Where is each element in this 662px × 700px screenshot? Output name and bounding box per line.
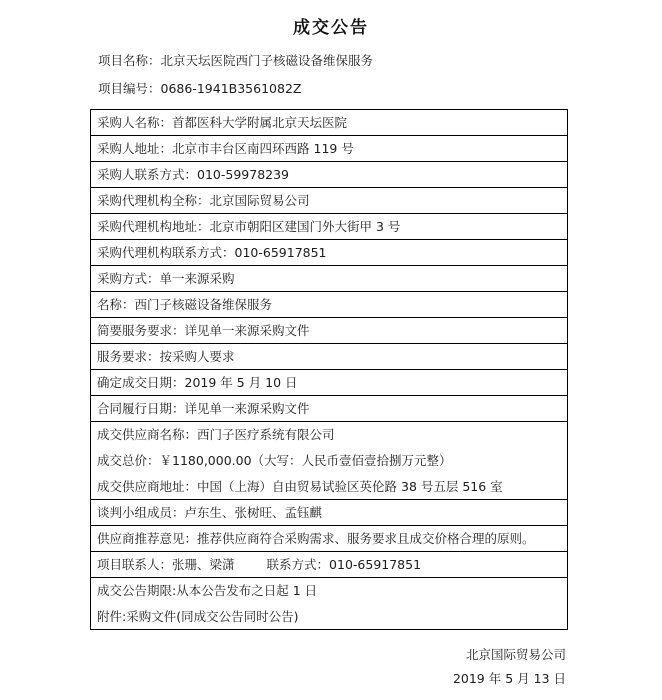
footer-org: 北京国际贸易公司 [0,643,566,667]
field-label: 成交公告期限: [97,583,176,598]
table-row-agency-contact: 采购代理机构联系方式：010-65917851 [91,240,568,266]
table-row-negotiation-team: 谈判小组成员：卢东生、张树旺、孟钰麒 [91,500,568,526]
footer-date: 2019 年 5 月 13 日 [0,667,566,691]
field-value: 单一来源采购 [160,271,235,286]
field-label: 名称： [97,297,135,312]
notice-period-line: 成交公告期限:从本公告发布之日起 1 日 [97,583,561,598]
project-number-label: 项目编号： [98,81,161,96]
field-value: 西门子医疗系统有限公司 [197,427,335,442]
field-value: 详见单一来源采购文件 [185,323,310,338]
field-label: 附件: [97,609,126,624]
field-label: 采购代理机构全称： [97,193,210,208]
field-label: 采购人名称： [97,115,172,130]
supplier-address-line: 成交供应商地址：中国（上海）自由贸易试验区英伦路 38 号五层 516 室 [97,479,561,494]
field-value: 按采购人要求 [160,349,235,364]
page-title: 成交公告 [0,13,662,38]
field-value: 010-65917851 [235,245,327,260]
table-row-contract-period: 合同履行日期：详见单一来源采购文件 [91,396,568,422]
field-label: 确定成交日期： [97,375,185,390]
table-row-procurement-method: 采购方式：单一来源采购 [91,266,568,292]
project-number-value: 0686-1941B3561082Z [161,81,302,96]
field-label: 采购代理机构联系方式： [97,245,235,260]
field-label: 采购代理机构地址： [97,219,210,234]
field-value: 推荐供应商符合采购需求、服务要求且成交价格合理的原则。 [197,531,535,546]
field-value: 中国（上海）自由贸易试验区英伦路 38 号五层 516 室 [197,479,503,494]
field-value: 010-59978239 [197,167,289,182]
field-value: 010-65917851 [329,557,421,572]
meta-section: 项目名称：北京天坛医院西门子核磁设备维保服务 项目编号：0686-1941B35… [98,53,662,96]
field-label: 采购方式： [97,271,160,286]
field-value: 采购文件(同成交公告同时公告) [126,609,298,624]
field-label: 联系方式： [267,557,330,572]
field-value: 从本公告发布之日起 1 日 [176,583,317,598]
table-row-item-name: 名称：西门子核磁设备维保服务 [91,292,568,318]
award-price-line: 成交总价：￥1180,000.00（大写：人民币壹佰壹拾捌万元整） [97,453,561,468]
announcement-page: 成交公告 项目名称：北京天坛医院西门子核磁设备维保服务 项目编号：0686-19… [0,0,662,700]
field-label: 采购人地址： [97,141,172,156]
table-row-notice-period-attachment: 成交公告期限:从本公告发布之日起 1 日 附件:采购文件(同成交公告同时公告) [91,578,568,630]
field-value: 2019 年 5 月 10 日 [185,375,298,390]
table-row-service-requirement: 服务要求：按采购人要求 [91,344,568,370]
field-label: 合同履行日期： [97,401,185,416]
field-label: 谈判小组成员： [97,505,185,520]
table-row-project-contact: 项目联系人：张珊、梁潇联系方式：010-65917851 [91,552,568,578]
field-value: 北京国际贸易公司 [210,193,310,208]
notice-table: 采购人名称：首都医科大学附属北京天坛医院 采购人地址：北京市丰台区南四环西路 1… [90,109,568,630]
table-row-buyer-contact: 采购人联系方式：010-59978239 [91,162,568,188]
table-row-award-date: 确定成交日期：2019 年 5 月 10 日 [91,370,568,396]
table-row-recommendation: 供应商推荐意见：推荐供应商符合采购需求、服务要求且成交价格合理的原则。 [91,526,568,552]
field-label: 供应商推荐意见： [97,531,197,546]
supplier-name-line: 成交供应商名称：西门子医疗系统有限公司 [97,427,561,442]
field-label: 成交总价： [97,453,160,468]
table-row-buyer-name: 采购人名称：首都医科大学附属北京天坛医院 [91,110,568,136]
table-row-buyer-address: 采购人地址：北京市丰台区南四环西路 119 号 [91,136,568,162]
project-number-line: 项目编号：0686-1941B3561082Z [98,81,662,96]
field-value: 北京市朝阳区建国门外大街甲 3 号 [210,219,401,234]
field-label: 项目联系人： [97,557,172,572]
field-value: 北京市丰台区南四环西路 119 号 [172,141,354,156]
field-value: 首都医科大学附属北京天坛医院 [172,115,347,130]
field-value: 详见单一来源采购文件 [185,401,310,416]
table-row-agency-address: 采购代理机构地址：北京市朝阳区建国门外大街甲 3 号 [91,214,568,240]
field-value: 张珊、梁潇 [172,557,235,572]
field-value: 西门子核磁设备维保服务 [135,297,273,312]
field-label: 服务要求： [97,349,160,364]
field-label: 采购人联系方式： [97,167,197,182]
table-row-agency-name: 采购代理机构全称：北京国际贸易公司 [91,188,568,214]
field-label: 成交供应商地址： [97,479,197,494]
project-name-value: 北京天坛医院西门子核磁设备维保服务 [161,53,374,68]
table-row-supplier-info: 成交供应商名称：西门子医疗系统有限公司 成交总价：￥1180,000.00（大写… [91,422,568,500]
field-value: ￥1180,000.00（大写：人民币壹佰壹拾捌万元整） [160,453,452,468]
field-label: 成交供应商名称： [97,427,197,442]
footer-signature: 北京国际贸易公司 2019 年 5 月 13 日 [0,643,568,691]
attachment-line: 附件:采购文件(同成交公告同时公告) [97,609,561,624]
field-label: 简要服务要求： [97,323,185,338]
table-row-brief-service-requirement: 简要服务要求：详见单一来源采购文件 [91,318,568,344]
field-value: 卢东生、张树旺、孟钰麒 [185,505,323,520]
project-name-line: 项目名称：北京天坛医院西门子核磁设备维保服务 [98,53,662,68]
project-name-label: 项目名称： [98,53,161,68]
